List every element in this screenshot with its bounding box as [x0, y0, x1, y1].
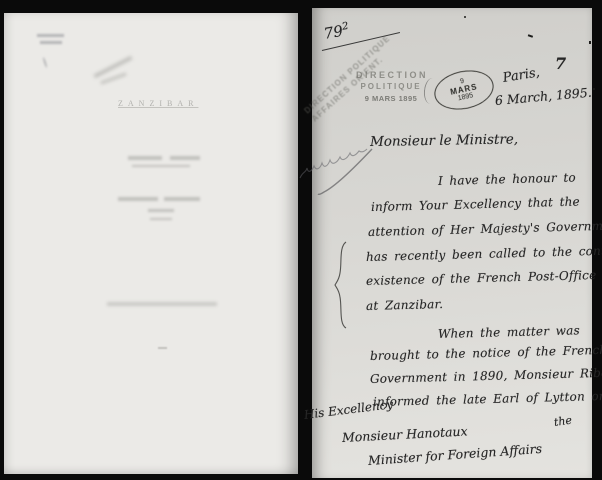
- addressee-line: Minister for Foreign Affairs: [367, 441, 542, 468]
- direction-politique-stamp: DIRECTION POLITIQUE 9 MARS 1895: [356, 70, 426, 103]
- dateline-date: 6 March, 1895.: [494, 85, 592, 108]
- ghost-print-mark: [107, 302, 217, 306]
- ghost-print-mark: [170, 156, 200, 160]
- ghost-print-mark: [164, 197, 200, 201]
- letter-body-line: informed the late Earl of Lytton on: [373, 389, 602, 409]
- dateline-place: Paris,: [502, 65, 541, 86]
- oval-date-stamp: 9 MARS 1895: [431, 65, 498, 115]
- pencil-shelfmark-mark: [37, 34, 64, 37]
- ink-speck: [589, 41, 591, 44]
- left-page: ZANZIBAR: [4, 13, 298, 474]
- office-stamp-line: POLITIQUE: [356, 82, 426, 91]
- letter-body-line: Government in 1890, Monsieur Ribot: [370, 366, 602, 386]
- letter-body-line: I have the honour to: [438, 170, 576, 188]
- office-stamp-line: DIRECTION: [356, 70, 426, 80]
- addressee-line: His Excellency: [303, 397, 394, 422]
- letter-body-line: inform Your Excellency that the: [371, 195, 580, 214]
- catchword: the: [553, 414, 573, 429]
- registry-number-superscript: 2: [341, 21, 349, 33]
- show-through-mark: [100, 72, 126, 84]
- letter-body-line: existence of the French Post-Office: [366, 268, 597, 288]
- ghost-print-mark: [128, 156, 162, 160]
- letter-body-line: at Zanzibar.: [366, 297, 443, 313]
- right-page: 792 DIRECTION POLITIQUE AFFAIRES ORIENT.…: [312, 8, 592, 478]
- salutation: Monsieur le Ministre,: [370, 131, 518, 150]
- ink-speck: [464, 16, 466, 18]
- folio-page-number: 7: [555, 54, 566, 73]
- pencil-annotation-mark: [294, 144, 378, 200]
- ghost-print-rule: [150, 218, 172, 220]
- addressee-line: Monsieur Hanotaux: [342, 423, 468, 445]
- letter-body-line: attention of Her Majesty's Government: [368, 218, 602, 239]
- scanned-book-spread: ZANZIBAR 792 DIRECTION POLITIQUE AFFAIRE…: [0, 0, 602, 480]
- pencil-tick-mark: [42, 57, 47, 68]
- oval-stamp-year: 1895: [457, 92, 474, 103]
- marginal-brace-mark: [332, 240, 350, 330]
- letter-body-line: has recently been called to the continue…: [366, 243, 602, 264]
- ink-speck: [528, 34, 533, 37]
- letter-body-line: When the matter was: [438, 323, 580, 341]
- ghost-printed-heading: ZANZIBAR: [118, 99, 198, 108]
- ghost-print-mark: [118, 197, 158, 201]
- letter-body-line: brought to the notice of the French: [370, 343, 602, 363]
- office-stamp-line: 9 MARS 1895: [356, 94, 426, 103]
- ghost-print-mark: [148, 209, 174, 212]
- ghost-print-rule: [132, 165, 190, 167]
- registry-number: 792: [322, 21, 350, 43]
- pencil-shelfmark-mark: [40, 41, 62, 44]
- ghost-dash-mark: [158, 347, 167, 349]
- ink-speck: [593, 88, 595, 90]
